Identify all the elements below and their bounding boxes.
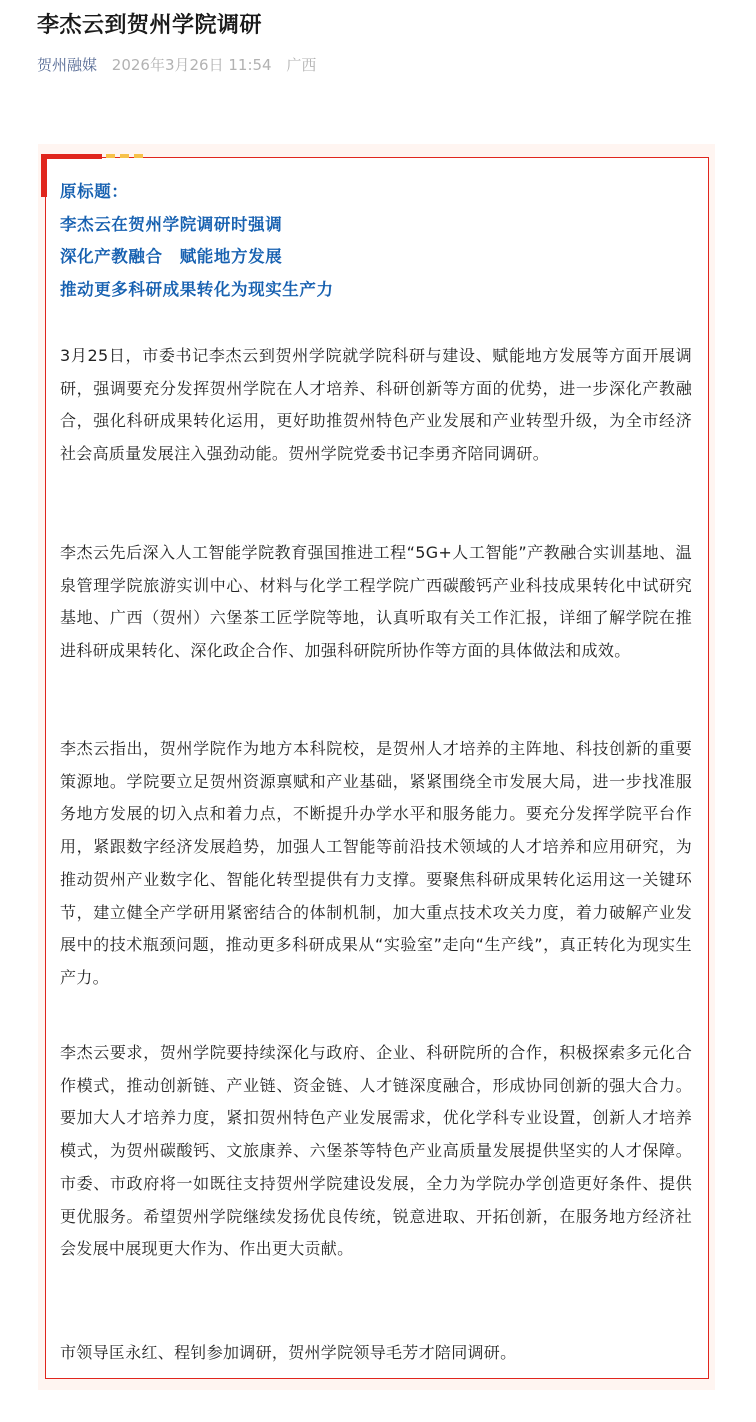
accent-dash-3 <box>134 154 143 158</box>
body-paragraph: 3月25日，市委书记李杰云到贺州学院就学院科研与建设、赋能地方发展等方面开展调研… <box>60 340 692 471</box>
article-meta: 贺州融媒 2026年3月26日 11:54 广西 <box>37 54 316 76</box>
body-paragraph: 李杰云先后深入人工智能学院教育强国推进工程“5G+人工智能”产教融合实训基地、温… <box>60 537 692 668</box>
original-title-line: 推动更多科研成果转化为现实生产力 <box>60 274 700 307</box>
original-title-line: 李杰云在贺州学院调研时强调 <box>60 209 700 242</box>
original-title-label: 原标题： <box>60 176 700 209</box>
body-paragraph: 市领导匡永红、程钊参加调研，贺州学院领导毛芳才陪同调研。 <box>60 1337 692 1370</box>
accent-dash-1 <box>106 154 115 158</box>
corner-accent-top <box>41 154 102 159</box>
accent-dash-2 <box>120 154 129 158</box>
article-title: 李杰云到贺州学院调研 <box>37 10 262 42</box>
publish-location: 广西 <box>286 56 316 74</box>
corner-accent-left <box>41 154 47 197</box>
original-title-line: 深化产教融合 赋能地方发展 <box>60 241 700 274</box>
body-paragraph: 李杰云要求，贺州学院要持续深化与政府、企业、科研院所的合作，积极探索多元化合作模… <box>60 1037 692 1266</box>
original-title-block: 原标题： 李杰云在贺州学院调研时强调 深化产教融合 赋能地方发展 推动更多科研成… <box>60 176 700 306</box>
body-paragraph: 李杰云指出，贺州学院作为地方本科院校，是贺州人才培养的主阵地、科技创新的重要策源… <box>60 733 692 995</box>
publish-datetime: 2026年3月26日 11:54 <box>112 56 272 74</box>
source-account-link[interactable]: 贺州融媒 <box>37 56 97 74</box>
